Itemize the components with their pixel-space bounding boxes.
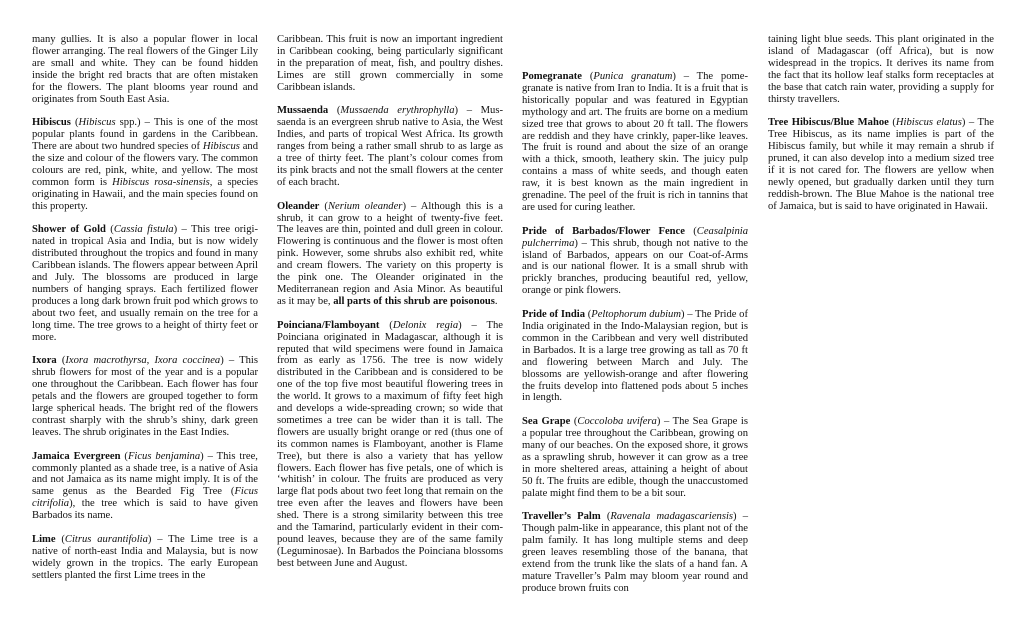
- entry-text: Caribbean. This fruit is now an importan…: [277, 34, 503, 93]
- entry-shower-of-gold: Shower of Gold (Cassia fistula) – This t…: [32, 224, 258, 343]
- entry-pomegranate: Pomegranate (Punica granatum) – The pome…: [522, 71, 748, 214]
- paren-close: spp.): [116, 117, 141, 128]
- entry-mussaenda: Mussaenda (Mussaenda erythrophylla) – Mu…: [277, 105, 503, 188]
- entry-text: – The Tree Hibiscus, as its name implies…: [768, 117, 994, 211]
- entry-oleander: Oleander (Nerium oleander) – Although th…: [277, 201, 503, 308]
- entry-lime-continued: Caribbean. This fruit is now an importan…: [277, 34, 503, 94]
- entry-text: – The Pride of India originated in the I…: [522, 309, 748, 403]
- entry-text: – This tree origi­nated in tropical Asia…: [32, 224, 258, 342]
- scientific-name: Nerium oleander: [328, 201, 402, 212]
- paren-open: (: [685, 226, 697, 237]
- entry-text: many gullies. It is also a popular flowe…: [32, 34, 258, 105]
- entry-text: .: [495, 296, 498, 307]
- scientific-name: Citrus aurantifolia: [65, 534, 148, 545]
- entry-poinciana: Poinciana/Flamboyant (Delonix regia) – T…: [277, 320, 503, 570]
- entry-title: Tree Hibiscus/Blue Mahoe: [768, 117, 889, 128]
- scientific-name: Cassia fistula: [114, 224, 174, 235]
- italic-term: Hibiscus: [203, 141, 240, 152]
- scientific-name: Hibiscus: [79, 117, 116, 128]
- entry-sea-grape: Sea Grape (Coccoloba uvifera) – The Sea …: [522, 416, 748, 499]
- scientific-name: Peltophorum dubium: [591, 309, 681, 320]
- entry-title: Pride of Barbados/Flower Fence: [522, 226, 685, 237]
- entry-text: – Though palm-like in appearance, this p…: [522, 511, 748, 593]
- scientific-name: Coccoloba uvifera: [577, 416, 656, 427]
- paren-open: (: [120, 451, 127, 462]
- paren-open: (: [106, 224, 114, 235]
- entry-text: – This shrub flowers for most of the yea…: [32, 355, 258, 437]
- entry-title: Pomegranate: [522, 71, 582, 82]
- paren-open: (: [319, 201, 328, 212]
- entry-text: – Mus­saenda is an evergreen shrub nativ…: [277, 105, 503, 187]
- entry-ginger-lily-continued: many gullies. It is also a popular flowe…: [32, 34, 258, 105]
- paren-open: (: [71, 117, 79, 128]
- italic-term: Hibiscus rosa-sinensis: [112, 177, 210, 188]
- entry-text: – The Poinciana originated in Madagascar…: [277, 320, 503, 569]
- entry-title: Jamaica Evergreen: [32, 451, 120, 462]
- entry-title: Sea Grape: [522, 416, 570, 427]
- entry-jamaica-evergreen: Jamaica Evergreen (Ficus benjamina) – Th…: [32, 451, 258, 522]
- entry-title: Pride of India: [522, 309, 585, 320]
- entry-text: – The pome­granate is native from Iran t…: [522, 71, 748, 213]
- entry-lime: Lime (Citrus aurantifolia) – The Lime tr…: [32, 534, 258, 582]
- entry-title: Shower of Gold: [32, 224, 106, 235]
- entry-text: – The Sea Grape is a popular tree throug…: [522, 416, 748, 498]
- scientific-name: Hibiscus elatus: [896, 117, 962, 128]
- entry-travellers-palm-continued: taining light blue seeds. This plant ori…: [768, 34, 994, 105]
- entry-pride-of-india: Pride of India (Peltophorum dubium) – Th…: [522, 309, 748, 404]
- entry-title: Poinciana/Flamboyant: [277, 320, 379, 331]
- scientific-name: Ravenala madagascariensis: [610, 511, 733, 522]
- scientific-name: Ficus benjamina: [128, 451, 200, 462]
- column-4: taining light blue seeds. This plant ori…: [768, 34, 994, 213]
- column-3: Pomegranate (Punica granatum) – The pome…: [522, 71, 748, 595]
- scientific-name: Delonix regia: [393, 320, 458, 331]
- entry-text: – Although this is a shrub, it can grow …: [277, 201, 503, 307]
- entry-tree-hibiscus: Tree Hibiscus/Blue Mahoe (Hibiscus elatu…: [768, 117, 994, 212]
- document-page: many gullies. It is also a popular flowe…: [0, 0, 1024, 621]
- entry-title: Ixora: [32, 355, 57, 366]
- scientific-name: Punica granatum: [593, 71, 672, 82]
- scientific-name: Mussaenda erythrophylla: [340, 105, 454, 116]
- paren-open: (: [601, 511, 611, 522]
- paren-open: (: [328, 105, 340, 116]
- entry-travellers-palm: Traveller’s Palm (Ravenala madagascarien…: [522, 511, 748, 594]
- entry-title: Mussaenda: [277, 105, 328, 116]
- paren-open: (: [56, 534, 65, 545]
- entry-hibiscus: Hibiscus (Hibiscus spp.) – This is one o…: [32, 117, 258, 212]
- entry-title: Hibiscus: [32, 117, 71, 128]
- entry-title: Traveller’s Palm: [522, 511, 601, 522]
- scientific-name: Ixora macrothyrsa, Ixora coccinea: [65, 355, 220, 366]
- paren-open: (: [889, 117, 896, 128]
- entry-title: Lime: [32, 534, 56, 545]
- entry-ixora: Ixora (Ixora macrothyrsa, Ixora coccinea…: [32, 355, 258, 438]
- column-2: Caribbean. This fruit is now an importan…: [277, 34, 503, 570]
- entry-title: Oleander: [277, 201, 319, 212]
- entry-text: taining light blue seeds. This plant ori…: [768, 34, 994, 105]
- paren-open: (: [582, 71, 593, 82]
- warning-text: all parts of this shrub are poisonous: [333, 296, 495, 307]
- paren-open: (: [379, 320, 392, 331]
- column-1: many gullies. It is also a popular flowe…: [32, 34, 258, 582]
- entry-pride-of-barbados: Pride of Barbados/Flower Fence (Ceasalpi…: [522, 226, 748, 297]
